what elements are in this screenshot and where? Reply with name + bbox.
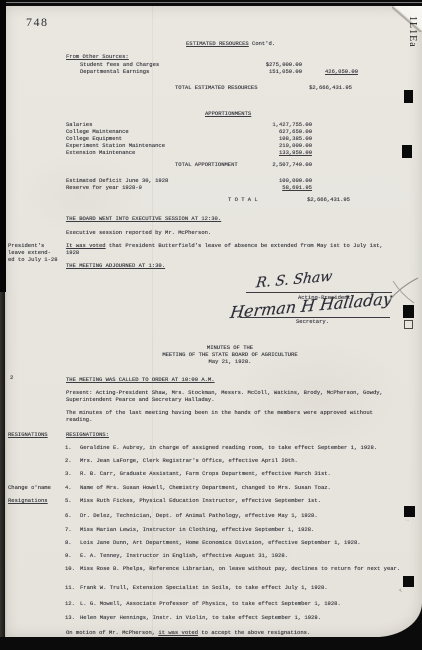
apportionment-row-label: Extension Maintenance	[66, 149, 135, 156]
minutes-approved-paragraph: The minutes of the last meeting having b…	[66, 409, 392, 423]
resignation-item: Name of Mrs. Susan Howell, Chemistry Dep…	[80, 484, 402, 491]
ink-smudge-icon: ː‥	[404, 519, 409, 523]
minutes-header-line1: MINUTES OF THE	[140, 344, 320, 351]
apportionment-row-label: College Equipment	[66, 135, 122, 142]
resource-row-label: Departmental Earnings	[80, 68, 149, 75]
resignation-item-num: 8.	[65, 539, 72, 546]
page-number: 748	[26, 15, 49, 30]
grand-total-label: T O T A L	[228, 196, 258, 203]
resignation-item: Miss Rose B. Phelps, Reference Librarian…	[80, 565, 402, 572]
vote-paragraph: It was voted that President Butterfield'…	[66, 242, 396, 256]
resources-heading: ESTIMATED RESOURCES Cont'd.	[186, 40, 275, 47]
scan-left-edge-lower	[0, 292, 7, 637]
resignation-item: Helen Mayer Hennings, Instr. in Violin, …	[80, 614, 402, 621]
reserve-label: Reserve for year 1928-9	[66, 184, 142, 191]
resignation-item-num: 1.	[65, 444, 72, 451]
apportionment-row-label: Salaries	[66, 121, 92, 128]
resource-row-label: Student fees and Charges	[80, 61, 159, 68]
resignation-item: Frank W. Trull, Extension Specialist in …	[80, 584, 402, 591]
vote-rest: that President Butterfield's leave of ab…	[66, 242, 383, 256]
resources-heading-suffix: Cont'd.	[249, 40, 275, 47]
pencil-scribble-icon	[386, 276, 420, 306]
resignation-item: Geraldine E. Aubrey, in charge of assign…	[80, 444, 402, 451]
apportionments-heading: APPORTIONMENTS	[205, 110, 251, 117]
resource-row-amount: $275,000.00	[266, 61, 302, 68]
resignation-item-num: 3.	[65, 470, 72, 477]
resources-group-label: From Other Sources:	[66, 53, 129, 60]
resignation-item: Lois Jane Dunn, Art Department, Home Eco…	[80, 539, 402, 546]
apportionment-total-value: 2,507,740.00	[272, 161, 312, 168]
motion-underlined: it was voted	[158, 629, 198, 636]
reserve-value: 58,691.95	[282, 184, 312, 191]
apportionment-row-label: College Maintenance	[66, 128, 129, 135]
executive-reported-line: Executive session reported by Mr. McPher…	[66, 229, 211, 236]
motion-prefix: On motion of Mr. McPherson,	[66, 629, 158, 636]
apportionment-row-label: Experiment Station Maintenance	[66, 142, 165, 149]
apportionment-row-value: 108,385.00	[279, 135, 312, 142]
resignation-item-num: 9.	[65, 552, 72, 559]
grand-total-value: $2,666,431.95	[307, 196, 350, 203]
resignation-item: Dr. Delez, Technician, Dept. of Animal P…	[80, 512, 402, 519]
executive-session-line: THE BOARD WENT INTO EXECUTIVE SESSION AT…	[66, 215, 221, 222]
resignation-item: Miss Ruth Fickes, Physical Education Ins…	[80, 497, 402, 504]
resignation-item-num: 6.	[65, 512, 72, 519]
edge-code-label: 1L1Ea	[407, 16, 418, 48]
present-paragraph: Present: Acting-President Shaw, Mrs. Sto…	[66, 389, 392, 403]
adjourned-line: THE MEETING ADJOURNED AT 1:30.	[66, 262, 165, 269]
motion-line: On motion of Mr. McPherson, it was voted…	[66, 629, 396, 636]
resignation-item: R. B. Carr, Graduate Assistant, Farm Cro…	[80, 470, 402, 477]
resignation-item-num: 10.	[65, 565, 75, 572]
resignation-item: L. G. Mowell, Associate Professor of Phy…	[80, 600, 402, 607]
apportionment-row-value: 210,000.00	[279, 142, 312, 149]
vote-underlined: It was voted	[66, 242, 106, 249]
apportionment-row-value: 1,427,755.00	[272, 121, 312, 128]
resignation-item-num: 13.	[65, 614, 75, 621]
margin-label-resignations: RESIGNATIONS	[8, 431, 48, 438]
scanned-minutes-page: { "colors": {"paper": "#e8e5df", "ink": …	[0, 0, 422, 650]
resources-heading-underlined: ESTIMATED RESOURCES	[186, 40, 249, 47]
binding-mark-icon	[403, 576, 414, 587]
section-marker: 2	[10, 374, 13, 381]
binding-mark-icon	[404, 506, 415, 517]
motion-suffix: to accept the above resignations.	[198, 629, 310, 636]
called-to-order-line: THE MEETING WAS CALLED TO ORDER AT 10:00…	[66, 376, 215, 383]
apportionment-row-value: 627,650.00	[279, 128, 312, 135]
resources-total-value: $2,666,431.95	[309, 84, 352, 91]
minutes-header: MINUTES OF THE MEETING OF THE STATE BOAR…	[140, 344, 320, 365]
resignation-item-num: 5.	[65, 497, 72, 504]
binding-mark-icon	[402, 145, 412, 158]
minutes-header-line2: MEETING OF THE STATE BOARD OF AGRICULTUR…	[140, 351, 320, 358]
resource-row-subtotal: 426,050.00	[325, 68, 358, 75]
resignation-item: Miss Marian Lewis, Instructor in Clothin…	[80, 526, 402, 533]
resource-row-amount: 151,050.00	[269, 68, 302, 75]
signature-title: Secretary.	[296, 318, 329, 325]
ink-smudge-icon: ɖ̦	[399, 589, 401, 593]
scan-left-edge	[0, 0, 6, 292]
resignation-item-num: 4.	[65, 484, 72, 491]
resignation-item-num: 11.	[65, 584, 75, 591]
resignations-heading: RESIGNATIONS:	[66, 431, 109, 438]
resignation-item-num: 2.	[65, 457, 72, 464]
margin-note-presidents-leave: ed to July 1-28	[8, 256, 58, 263]
apportionment-row-value: 133,950.00	[279, 149, 312, 156]
deficit-value: 100,000.00	[279, 177, 312, 184]
resignation-item: Mrs. Jean LaForge, Clerk Registrar's Off…	[80, 457, 402, 464]
scan-top-edge	[0, 2, 422, 3]
minutes-header-line3: May 21, 1928.	[140, 358, 320, 365]
margin-note-presidents-leave: leave extend-	[8, 249, 51, 256]
binding-mark-icon	[403, 305, 414, 318]
margin-note-change-of-name: Change o'name	[8, 484, 51, 491]
deficit-label: Estimated Deficit June 30, 1928	[66, 177, 168, 184]
resignation-item: E. A. Tenney, Instructor in English, eff…	[80, 552, 402, 559]
resignation-item-num: 12.	[65, 600, 75, 607]
margin-note-presidents-leave: President's	[8, 242, 44, 249]
binding-mark-icon	[404, 90, 413, 103]
resignation-item-num: 7.	[65, 526, 72, 533]
resources-total-label: TOTAL ESTIMATED RESOURCES	[175, 84, 258, 91]
binding-mark-outline-icon	[404, 320, 413, 329]
margin-note-resignations: Resignations	[8, 497, 48, 504]
apportionment-total-label: TOTAL APPORTIONMENT	[175, 161, 238, 168]
